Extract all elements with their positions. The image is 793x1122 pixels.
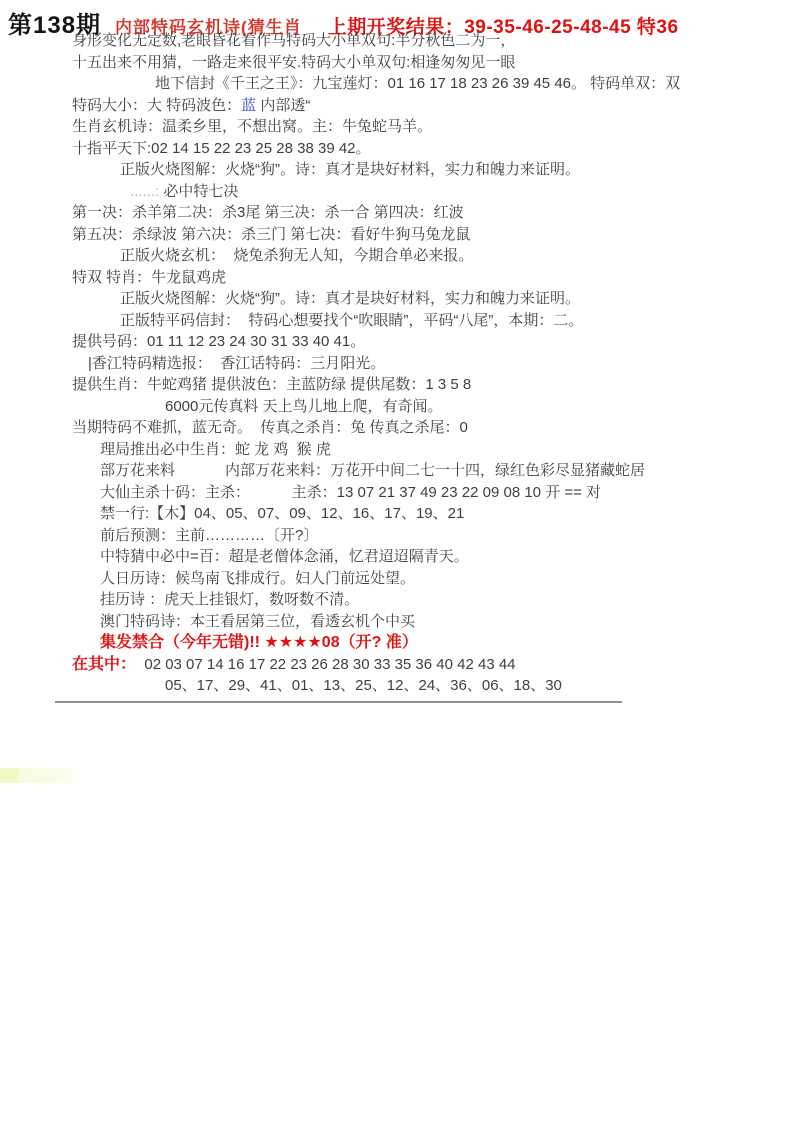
document-body: 身形变化无定数,老眼昏花看作马特码大小单双句:半分秋色二为一， 十五出来不用猜，… (0, 30, 793, 703)
fax-info-line: 6000元传真料 天上鸟儿地上爬，有奇闻。 (0, 396, 793, 418)
among-them-label: 在其中： (72, 656, 136, 673)
fire-mystery-line: 正版火烧玄机： 烧兔杀狗无人知，今期合单必来报。 (0, 245, 793, 267)
second-numbers-line: 05、17、29、41、01、13、25、12、24、36、06、18、30 (0, 675, 793, 697)
special-flat-envelope-line: 正版特平码信封： 特码心想要找个“吹眼睛”，平码“八尾”，本期：二。 (0, 310, 793, 332)
lottery-tip-sheet: 第138期内部特码玄机诗(猜生肖上期开奖结果：39-35-46-25-48-45… (0, 0, 793, 1122)
special-double-zodiac-line: 特双 特肖：牛龙鼠鸡虎 (0, 267, 793, 289)
wanhua-material-line: 部万花来料 内部万花来料：万花开中间二七一十四，绿红色彩尽显猪藏蛇居 (0, 460, 793, 482)
macau-special-poem-line: 澳门特码诗：本王看居第三位，看透玄机个中买 (0, 611, 793, 633)
poem-line-1: 身形变化无定数,老眼昏花看作马特码大小单双句:半分秋色二为一， (0, 30, 793, 52)
provided-zodiac-wave-tail-line: 提供生肖：牛蛇鸡猪 提供波色：主蓝防绿 提供尾数：1 3 5 8 (0, 374, 793, 396)
poem-line-2: 十五出来不用猜，一路走来很平安.特码大小单双句:相逢匆匆见一眼 (0, 52, 793, 74)
fire-diagram-line-1: 正版火烧图解：火烧“狗”。诗：真才是块好材料，实力和魄力来证明。 (0, 159, 793, 181)
tips-5-to-7-line: 第五决：杀绿波 第六决：杀三门 第七决：看好牛狗马兔龙鼠 (0, 224, 793, 246)
underground-envelope-line: 地下信封《千王之王》：九宝莲灯：01 16 17 18 23 26 39 45 … (0, 73, 793, 95)
calendar-poem-line-1: 人日历诗：候鸟南飞排成行。妇人门前远处望。 (0, 568, 793, 590)
size-wave-line: 特码大小：大 特码波色：蓝 内部透“ (0, 95, 793, 117)
wave-color-value: 蓝 (241, 97, 256, 114)
fire-diagram-line-2: 正版火烧图解：火烧“狗”。诗：真才是块好材料，实力和魄力来证明。 (0, 288, 793, 310)
seven-tips-text: 必中特七决 (163, 183, 238, 200)
xiangjiang-line: |香江特码精选报： 香江话特码：三月阳光。 (0, 353, 793, 375)
middle-special-poem-line: 中特猜中必中=百：超是老僧体念涌，忆君迢迢隔青天。 (0, 546, 793, 568)
size-wave-pre: 特码大小：大 特码波色： (72, 97, 241, 114)
among-them-numbers: 02 03 07 14 16 17 22 23 26 28 30 33 35 3… (136, 656, 516, 673)
immortal-kill-ten-line: 大仙主杀十码：主杀： 主杀：13 07 21 37 49 23 22 09 08… (0, 482, 793, 504)
zodiac-poem-line: 生肖玄机诗：温柔乡里，不想出窝。主：牛兔蛇马羊。 (0, 116, 793, 138)
provided-numbers-line: 提供号码：01 11 12 23 24 30 31 33 40 41。 (0, 331, 793, 353)
forbidden-row-line: 禁一行:【木】04、05、07、09、12、16、17、19、21 (0, 503, 793, 525)
seven-tips-title: ......: 必中特七决 (0, 181, 793, 203)
ten-fingers-numbers-line: 十指平天下:02 14 15 22 23 25 28 38 39 42。 (0, 138, 793, 160)
tips-1-to-4-line: 第一决：杀羊第二决：杀3尾 第三决：杀一合 第四决：红波 (0, 202, 793, 224)
must-win-zodiac-line: 理局推出必中生肖：蛇 龙 鸡 猴 虎 (0, 439, 793, 461)
calendar-poem-line-2: 挂历诗 ：虎天上挂银灯，数呀数不清。 (0, 589, 793, 611)
yellow-highlight-strip (0, 768, 72, 783)
current-period-kill-line: 当期特码不难抓，蓝无奇。 传真之杀肖：兔 传真之杀尾：0 (0, 417, 793, 439)
seven-tips-prefix: ......: (130, 183, 163, 200)
forecast-line: 前后预测：主前…………〔开?〕 (0, 525, 793, 547)
jifa-banned-combo-line: 集发禁合（今年无错)!! ★★★★08（开? 准） (0, 632, 793, 654)
size-wave-post: 内部透“ (256, 97, 310, 114)
among-them-line: 在其中： 02 03 07 14 16 17 22 23 26 28 30 33… (0, 654, 793, 676)
bottom-divider (55, 701, 622, 703)
